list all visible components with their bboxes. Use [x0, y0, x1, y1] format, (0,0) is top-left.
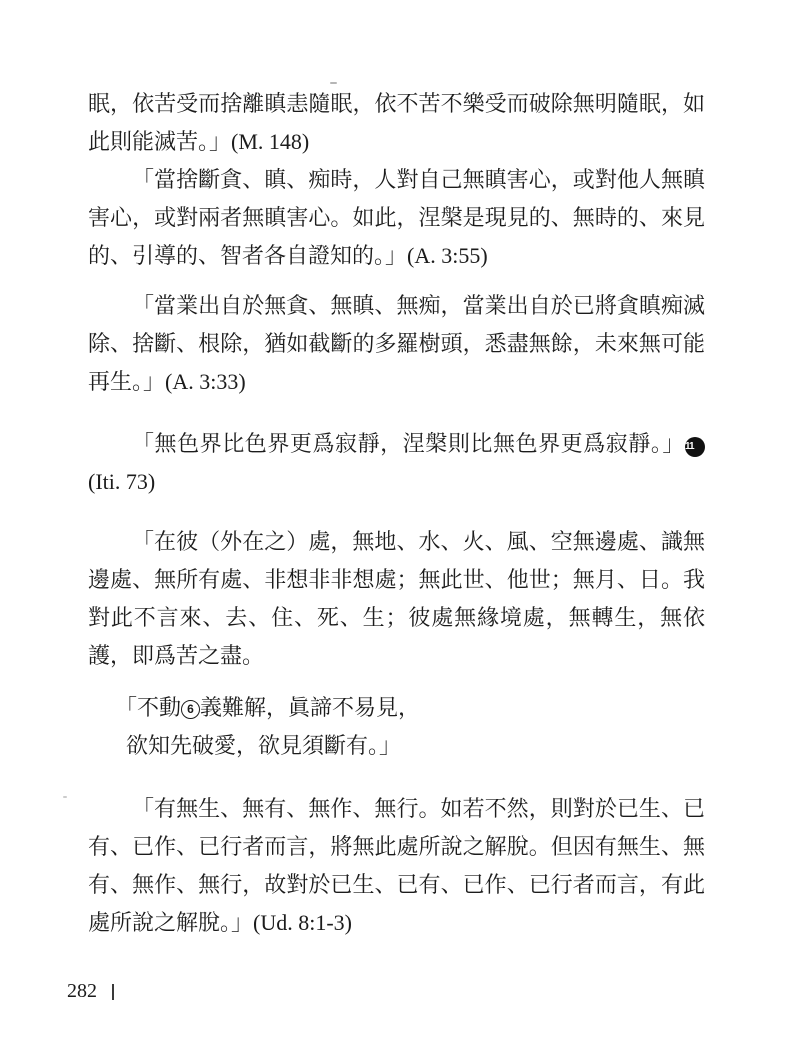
text-line: 「當捨斷貪、瞋、痴時，人對自己無瞋害心，或對他人無瞋 [88, 161, 705, 199]
text-line: 對此不言來、去、住、死、生；彼處無緣境處，無轉生，無依 [88, 599, 705, 637]
footnote-marker-6-icon: 6 [181, 700, 200, 719]
text-line: 「在彼（外在之）處，無地、水、火、風、空無邊處、識無 [88, 523, 705, 561]
page-footer: 282 [67, 980, 114, 1003]
paragraph: 「無色界比色界更爲寂靜，涅槃則比無色界更爲寂靜。」11(Iti. 73) [88, 425, 705, 501]
text-line: 欲知先破愛，欲見須斷有。」 [126, 727, 705, 765]
text-block: 眠，依苦受而捨離瞋恚隨眠，依不苦不樂受而破除無明隨眠，如此則能滅苦。」(M. 1… [88, 85, 705, 942]
verse-paragraph: 「不動6義難解，眞諦不易見，欲知先破愛，欲見須斷有。」 [88, 689, 705, 765]
text-line: 邊處、無所有處、非想非非想處；無此世、他世；無月、日。我 [88, 561, 705, 599]
text-line: 害心，或對兩者無瞋害心。如此，涅槃是現見的、無時的、來見 [88, 199, 705, 237]
text-line: 的、引導的、智者各自證知的。」(A. 3:55) [88, 237, 705, 275]
text-line: 有、無作、無行，故對於已生、已有、已作、已行者而言，有此 [88, 866, 705, 904]
paragraph: 「當業出自於無貪、無瞋、無痴，當業出自於已將貪瞋痴滅除、捨斷、根除，猶如截斷的多… [88, 287, 705, 401]
scan-speck-top [330, 82, 337, 84]
paragraph: 眠，依苦受而捨離瞋恚隨眠，依不苦不樂受而破除無明隨眠，如此則能滅苦。」(M. 1… [88, 85, 705, 161]
text-line: 處所說之解脫。」(Ud. 8:1-3) [88, 904, 705, 942]
text-line: 「不動6義難解，眞諦不易見， [126, 689, 705, 727]
text-line: (Iti. 73) [88, 463, 705, 501]
text-line: 「有無生、無有、無作、無行。如若不然，則對於已生、已 [88, 790, 705, 828]
text-line: 除、捨斷、根除，猶如截斷的多羅樹頭，悉盡無餘，未來無可能 [88, 325, 705, 363]
text-line: 此則能滅苦。」(M. 148) [88, 123, 705, 161]
book-page: 眠，依苦受而捨離瞋恚隨眠，依不苦不樂受而破除無明隨眠，如此則能滅苦。」(M. 1… [0, 0, 792, 1056]
text-line: 護，即爲苦之盡。 [88, 637, 705, 675]
page-number: 282 [67, 980, 97, 1003]
paragraph: 「有無生、無有、無作、無行。如若不然，則對於已生、已有、已作、已行者而言，將無此… [88, 790, 705, 942]
text-line: 再生。」(A. 3:33) [88, 363, 705, 401]
paragraph: 「在彼（外在之）處，無地、水、火、風、空無邊處、識無邊處、無所有處、非想非非想處… [88, 523, 705, 675]
text-line: 眠，依苦受而捨離瞋恚隨眠，依不苦不樂受而破除無明隨眠，如 [88, 85, 705, 123]
scan-speck-left [63, 796, 67, 798]
text-line: 「當業出自於無貪、無瞋、無痴，當業出自於已將貪瞋痴滅 [88, 287, 705, 325]
text-line: 「無色界比色界更爲寂靜，涅槃則比無色界更爲寂靜。」11 [88, 425, 705, 463]
footnote-marker-11-icon: 11 [685, 437, 705, 457]
paragraph: 「當捨斷貪、瞋、痴時，人對自己無瞋害心，或對他人無瞋害心，或對兩者無瞋害心。如此… [88, 161, 705, 275]
text-line: 有、已作、已行者而言，將無此處所說之解脫。但因有無生、無 [88, 828, 705, 866]
page-number-divider [112, 984, 114, 1000]
